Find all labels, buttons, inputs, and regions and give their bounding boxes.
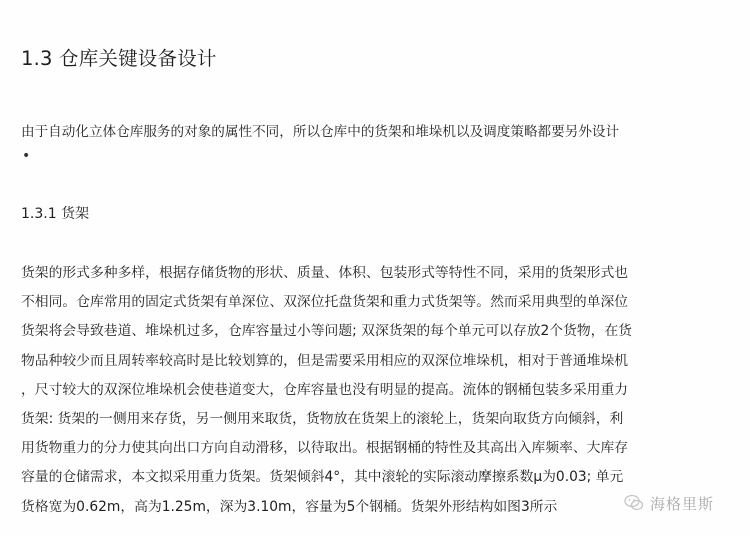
document-page: 1.3 仓库关键设备设计 由于自动化立体仓库服务的对象的属性不同，所以仓库中的货… <box>0 0 750 536</box>
intro-trailing-mark: • <box>22 146 30 166</box>
intro-paragraph: 由于自动化立体仓库服务的对象的属性不同，所以仓库中的货架和堆垛机以及调度策略都要… <box>21 117 736 147</box>
paragraph-line: 货架将会导致巷道、堆垛机过多，仓库容量过小等问题; 双深货架的每个单元可以存放2… <box>21 317 741 346</box>
watermark-text: 海格里斯 <box>650 493 714 514</box>
paragraph-line: ，尺寸较大的双深位堆垛机会使巷道变大，仓库容量也没有明显的提高。流体的钢桶包装多… <box>21 376 741 405</box>
paragraph-line: 用货物重力的分力使其向出口方向自动滑移，以待取出。根据钢桶的特性及其高出入库频率… <box>21 434 741 463</box>
section-heading: 1.3 仓库关键设备设计 <box>21 46 217 72</box>
paragraph-line: 货架: 货架的一侧用来存货，另一侧用来取货，货物放在货架上的滚轮上，货架向取货方… <box>21 405 741 434</box>
watermark: 海格里斯 <box>622 491 720 515</box>
subsection-heading: 1.3.1 货架 <box>21 204 89 224</box>
paragraph-line: 容量的仓储需求，本文拟采用重力货架。货架倾斜4°，其中滚轮的实际滚动摩擦系数μ为… <box>21 463 741 492</box>
paragraph-line: 不相同。仓库常用的固定式货架有单深位、双深位托盘货架和重力式货架等。然而采用典型… <box>21 288 741 317</box>
paragraph-line: 货架的形式多种多样，根据存储货物的形状、质量、体积、包装形式等特性不同，采用的货… <box>21 259 741 288</box>
paragraph-line: 物品种较少而且周转率较高时是比较划算的，但是需要采用相应的双深位堆垛机，相对于普… <box>21 347 741 376</box>
wechat-icon <box>624 494 644 512</box>
shelf-paragraph: 货架的形式多种多样，根据存储货物的形状、质量、体积、包装形式等特性不同，采用的货… <box>21 259 741 522</box>
